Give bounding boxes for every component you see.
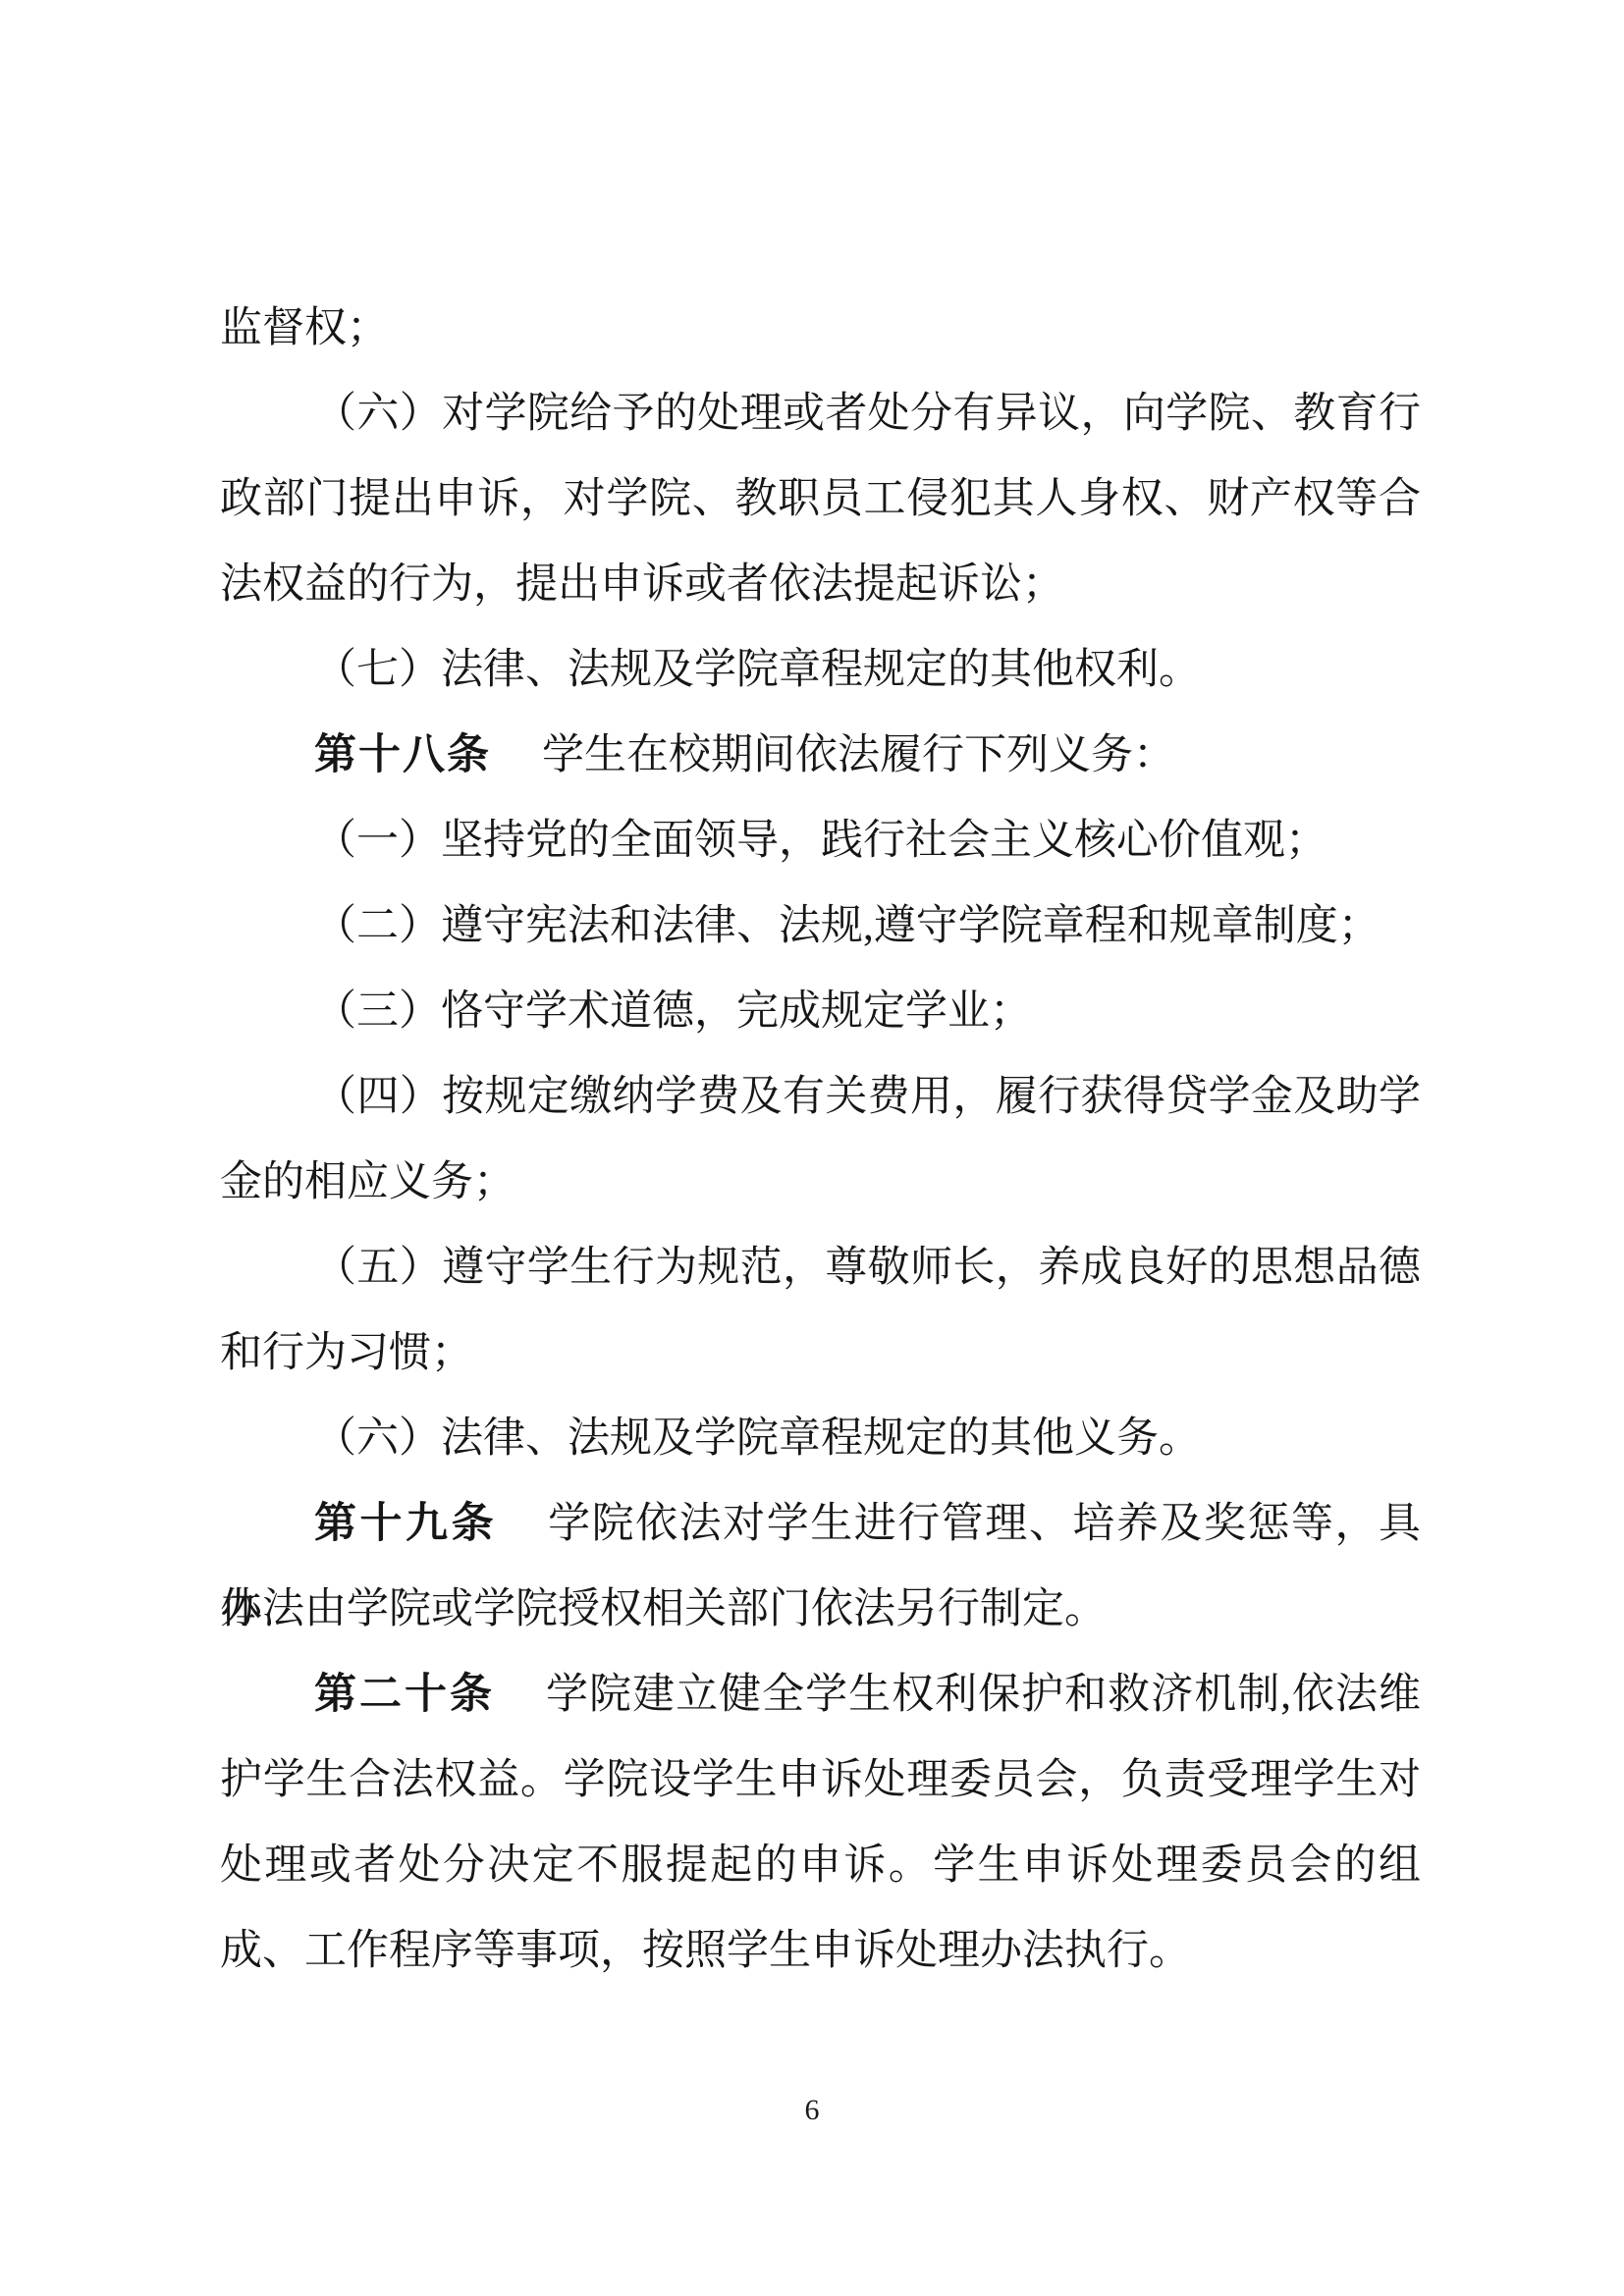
document-page: 监督权； （六）对学院给予的处理或者处分有异议，向学院、教育行 政部门提出申诉，… bbox=[0, 0, 1624, 2296]
text-line: 金的相应义务； bbox=[220, 1140, 1421, 1225]
text-line: （一）坚持党的全面领导，践行社会主义核心价值观； bbox=[220, 798, 1421, 883]
line-text: （七）法律、法规及学院章程规定的其他权利。 bbox=[314, 647, 1201, 693]
article-number: 第十九条 bbox=[314, 1500, 497, 1547]
line-text: （一）坚持党的全面领导，践行社会主义核心价值观； bbox=[314, 818, 1327, 864]
line-text: （四）按规定缴纳学费及有关费用，履行获得贷学金及助学 bbox=[314, 1074, 1421, 1120]
line-text: 成、工作程序等事项，按照学生申诉处理办法执行。 bbox=[220, 1928, 1191, 1974]
line-text: 学生在校期间依法履行下列义务： bbox=[542, 732, 1175, 778]
line-text: （六）对学院给予的处理或者处分有异议，向学院、教育行 bbox=[314, 391, 1421, 437]
text-line: （七）法律、法规及学院章程规定的其他权利。 bbox=[220, 627, 1421, 713]
text-line: （五）遵守学生行为规范，尊敬师长，养成良好的思想品德 bbox=[220, 1225, 1421, 1310]
line-text: 护学生合法权益。学院设学生申诉处理委员会，负责受理学生对 bbox=[220, 1757, 1421, 1803]
line-text: 办法由学院或学院授权相关部门依法另行制定。 bbox=[220, 1586, 1107, 1632]
text-line: 政部门提出申诉，对学院、教职员工侵犯其人身权、财产权等合 bbox=[220, 456, 1421, 542]
article-number: 第十八条 bbox=[314, 731, 491, 778]
line-text: 金的相应义务； bbox=[220, 1159, 515, 1205]
text-line: 第十九条学院依法对学生进行管理、培养及奖惩等，具体 bbox=[220, 1481, 1421, 1567]
text-line: 法权益的行为，提出申诉或者依法提起诉讼； bbox=[220, 542, 1421, 627]
document-body: 监督权； （六）对学院给予的处理或者处分有异议，向学院、教育行 政部门提出申诉，… bbox=[220, 286, 1421, 1994]
text-line: （四）按规定缴纳学费及有关费用，履行获得贷学金及助学 bbox=[220, 1054, 1421, 1140]
line-text: 处理或者处分决定不服提起的申诉。学生申诉处理委员会的组 bbox=[220, 1842, 1421, 1889]
text-line: 处理或者处分决定不服提起的申诉。学生申诉处理委员会的组 bbox=[220, 1823, 1421, 1908]
text-line: （六）对学院给予的处理或者处分有异议，向学院、教育行 bbox=[220, 371, 1421, 456]
line-text: 政部门提出申诉，对学院、教职员工侵犯其人身权、财产权等合 bbox=[220, 476, 1421, 522]
line-text: 和行为习惯； bbox=[220, 1330, 473, 1376]
line-text: 监督权； bbox=[220, 305, 389, 351]
text-line: 和行为习惯； bbox=[220, 1310, 1421, 1396]
text-line: （二）遵守宪法和法律、法规,遵守学院章程和规章制度； bbox=[220, 883, 1421, 969]
text-line: 成、工作程序等事项，按照学生申诉处理办法执行。 bbox=[220, 1908, 1421, 1994]
text-line: 监督权； bbox=[220, 286, 1421, 371]
line-text: （六）法律、法规及学院章程规定的其他义务。 bbox=[314, 1415, 1201, 1462]
line-text: （五）遵守学生行为规范，尊敬师长，养成良好的思想品德 bbox=[314, 1245, 1421, 1291]
line-text: （二）遵守宪法和法律、法规,遵守学院章程和规章制度； bbox=[314, 903, 1380, 949]
text-line: （六）法律、法规及学院章程规定的其他义务。 bbox=[220, 1396, 1421, 1481]
text-line: 第十八条学生在校期间依法履行下列义务： bbox=[220, 713, 1421, 798]
text-line: 第二十条学院建立健全学生权利保护和救济机制,依法维 bbox=[220, 1652, 1421, 1737]
text-line: （三）恪守学术道德，完成规定学业； bbox=[220, 969, 1421, 1054]
line-text: 法权益的行为，提出申诉或者依法提起诉讼； bbox=[220, 561, 1064, 608]
article-number: 第二十条 bbox=[314, 1671, 495, 1718]
text-line: 办法由学院或学院授权相关部门依法另行制定。 bbox=[220, 1567, 1421, 1652]
line-text: 学院建立健全学生权利保护和救济机制,依法维 bbox=[546, 1672, 1421, 1718]
line-text: （三）恪守学术道德，完成规定学业； bbox=[314, 988, 1032, 1035]
page-number: 6 bbox=[0, 2089, 1624, 2132]
text-line: 护学生合法权益。学院设学生申诉处理委员会，负责受理学生对 bbox=[220, 1737, 1421, 1823]
